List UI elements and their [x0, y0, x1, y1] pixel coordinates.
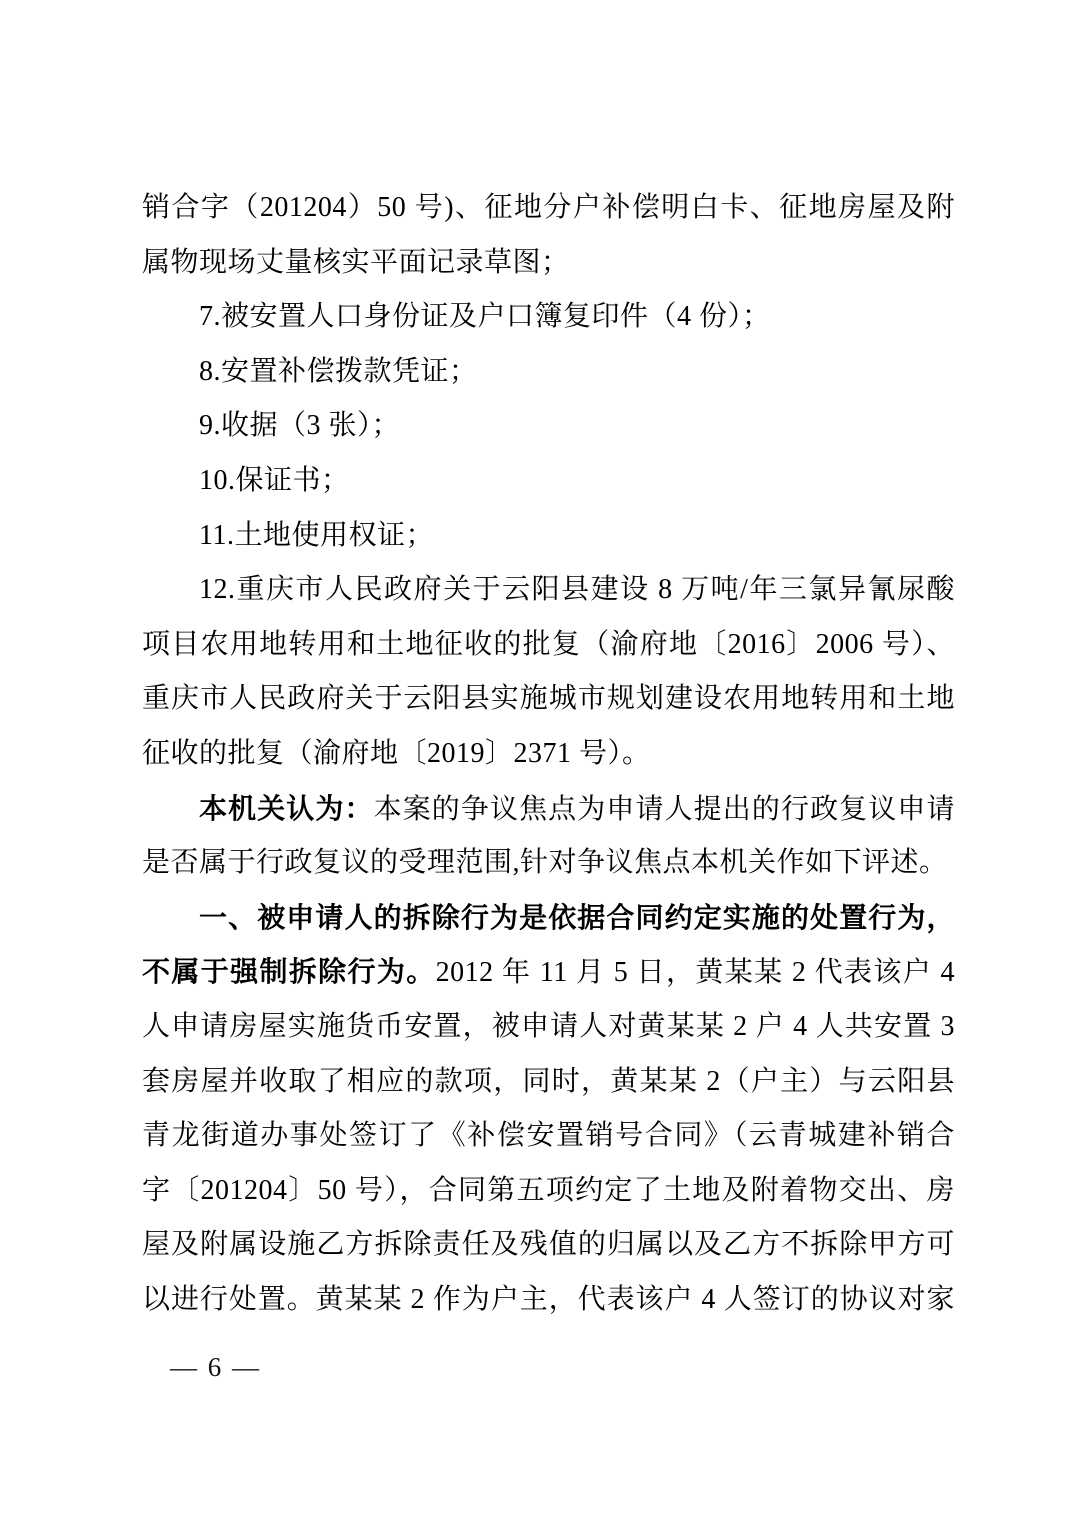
text-line: 征收的批复（渝府地〔2019〕2371 号）。 — [142, 727, 955, 782]
document-page: 销合字（201204）50 号)、征地分户补偿明白卡、征地房屋及附属物现场丈量核… — [0, 0, 1074, 1520]
text-line: 8.安置补偿拨款凭证； — [142, 345, 955, 400]
body-text: 11.土地使用权证； — [199, 520, 434, 551]
body-text: 重庆市人民政府关于云阳县实施城市规划建设农用地转用和土地 — [142, 683, 955, 714]
body-text: 是否属于行政复议的受理范围,针对争议焦点本机关作如下评述。 — [142, 847, 948, 878]
text-line: 12.重庆市人民政府关于云阳县建设 8 万吨/年三氯异氰尿酸 — [142, 563, 955, 618]
body-text: 属物现场丈量核实平面记录草图； — [142, 247, 570, 278]
text-line: 字〔201204〕50 号），合同第五项约定了土地及附着物交出、房 — [142, 1164, 955, 1219]
body-text: 10.保证书； — [199, 465, 350, 496]
text-line: 10.保证书； — [142, 454, 955, 509]
text-line: 套房屋并收取了相应的款项，同时，黄某某 2（户主）与云阳县 — [142, 1055, 955, 1110]
text-line: 本机关认为：本案的争议焦点为申请人提出的行政复议申请 — [142, 782, 955, 837]
emphasis-text: 一、被申请人的拆除行为是依据合同约定实施的处置行为， — [199, 902, 955, 933]
document-body: 销合字（201204）50 号)、征地分户补偿明白卡、征地房屋及附属物现场丈量核… — [142, 181, 955, 1327]
text-line: 9.收据（3 张）； — [142, 399, 955, 454]
text-line: 项目农用地转用和土地征收的批复（渝府地〔2016〕2006 号）、 — [142, 618, 955, 673]
body-text: 套房屋并收取了相应的款项，同时，黄某某 2（户主）与云阳县 — [142, 1066, 955, 1097]
body-text: 人申请房屋实施货币安置，被申请人对黄某某 2 户 4 人共安置 3 — [142, 1011, 955, 1042]
body-text: 7.被安置人口身份证及户口簿复印件（4 份）； — [199, 301, 771, 332]
body-text: 9.收据（3 张）； — [199, 410, 400, 441]
body-text: 销合字（201204）50 号)、征地分户补偿明白卡、征地房屋及附 — [142, 192, 955, 223]
text-line: 7.被安置人口身份证及户口簿复印件（4 份）； — [142, 290, 955, 345]
text-line: 重庆市人民政府关于云阳县实施城市规划建设农用地转用和土地 — [142, 672, 955, 727]
body-text: 字〔201204〕50 号），合同第五项约定了土地及附着物交出、房 — [142, 1175, 955, 1206]
text-line: 一、被申请人的拆除行为是依据合同约定实施的处置行为， — [142, 891, 955, 946]
text-line: 是否属于行政复议的受理范围,针对争议焦点本机关作如下评述。 — [142, 836, 955, 891]
emphasis-text: 不属于强制拆除行为。 — [142, 956, 436, 987]
text-line: 人申请房屋实施货币安置，被申请人对黄某某 2 户 4 人共安置 3 — [142, 1000, 955, 1055]
body-text: 8.安置补偿拨款凭证； — [199, 356, 478, 387]
text-line: 11.土地使用权证； — [142, 509, 955, 564]
body-text: 2012 年 11 月 5 日，黄某某 2 代表该户 4 — [436, 957, 955, 988]
text-line: 不属于强制拆除行为。2012 年 11 月 5 日，黄某某 2 代表该户 4 — [142, 945, 955, 1000]
text-line: 属物现场丈量核实平面记录草图； — [142, 236, 955, 291]
body-text: 屋及附属设施乙方拆除责任及残值的归属以及乙方不拆除甲方可 — [142, 1229, 955, 1260]
text-line: 以进行处置。黄某某 2 作为户主，代表该户 4 人签订的协议对家 — [142, 1273, 955, 1328]
emphasis-text: 本机关认为： — [199, 793, 374, 824]
body-text: 项目农用地转用和土地征收的批复（渝府地〔2016〕2006 号）、 — [142, 629, 955, 660]
body-text: 以进行处置。黄某某 2 作为户主，代表该户 4 人签订的协议对家 — [142, 1284, 955, 1315]
text-line: 屋及附属设施乙方拆除责任及残值的归属以及乙方不拆除甲方可 — [142, 1218, 955, 1273]
text-line: 青龙街道办事处签订了《补偿安置销号合同》（云青城建补销合 — [142, 1109, 955, 1164]
body-text: 征收的批复（渝府地〔2019〕2371 号）。 — [142, 738, 651, 769]
body-text: 12.重庆市人民政府关于云阳县建设 8 万吨/年三氯异氰尿酸 — [199, 574, 955, 605]
body-text: 青龙街道办事处签订了《补偿安置销号合同》（云青城建补销合 — [142, 1120, 955, 1151]
text-line: 销合字（201204）50 号)、征地分户补偿明白卡、征地房屋及附 — [142, 181, 955, 236]
body-text: 本案的争议焦点为申请人提出的行政复议申请 — [374, 794, 955, 825]
page-number: — 6 — — [170, 1352, 261, 1383]
